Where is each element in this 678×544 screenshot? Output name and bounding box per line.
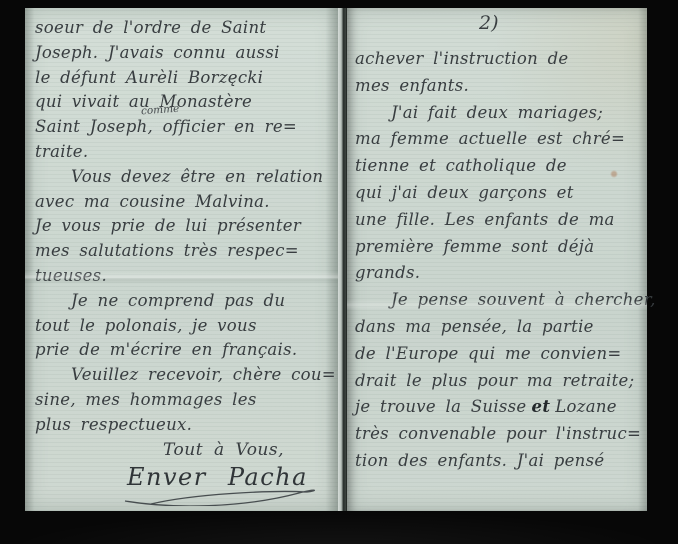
handwriting-line: dans ma pensée, la partie — [355, 314, 646, 341]
handwriting-line: grands. — [355, 260, 646, 287]
right-page-text: achever l'instruction de mes enfants. J'… — [355, 46, 646, 475]
handwriting-line: plus respectueux. — [35, 413, 335, 438]
handwriting-line: le défunt Aurèli Borzęcki — [35, 66, 335, 91]
handwriting-line: Je pense souvent à chercher, — [355, 287, 646, 314]
page-fold — [338, 8, 347, 511]
handwriting-line: tout le polonais, je vous — [35, 314, 335, 339]
handwriting-line: achever l'instruction de — [355, 46, 646, 73]
handwriting-line: drait le plus pour ma retraite; — [355, 368, 646, 395]
closing-line: Tout à Vous, — [163, 438, 335, 463]
left-page-text: soeur de l'ordre de Saint Joseph. J'avai… — [35, 16, 335, 506]
handwriting-line: J'ai fait deux mariages; — [355, 100, 646, 127]
letter-scan: comme soeur de l'ordre de Saint Joseph. … — [25, 8, 647, 511]
handwriting-line: qui j'ai deux garçons et — [355, 180, 646, 207]
handwriting-line: une fille. Les enfants de ma — [355, 207, 646, 234]
handwriting-line: Veuillez recevoir, chère cou= — [35, 363, 335, 388]
handwriting-line: ma femme actuelle est chré= — [355, 126, 646, 153]
handwriting-line: tion des enfants. J'ai pensé — [355, 448, 646, 475]
handwriting-line: première femme sont déjà — [355, 234, 646, 261]
handwriting-line: très convenable pour l'instruc= — [355, 421, 646, 448]
signature: Enver Pacha — [127, 463, 335, 492]
handwriting-line: Joseph. J'avais connu aussi — [35, 41, 335, 66]
scan-backdrop: { "colors": { "backdrop": "#070707", "pa… — [0, 0, 678, 544]
handwriting-line: tueuses. — [35, 264, 335, 289]
overwritten-word: et — [532, 397, 551, 416]
letter-page-left: comme soeur de l'ordre de Saint Joseph. … — [25, 8, 338, 511]
line-fragment: je trouve la Suisse — [355, 397, 527, 416]
handwriting-line: de l'Europe qui me convien= — [355, 341, 646, 368]
handwriting-line: Vous devez être en relation — [35, 165, 335, 190]
handwriting-line: Saint Joseph, officier en re= — [35, 115, 335, 140]
handwriting-line: soeur de l'ordre de Saint — [35, 16, 335, 41]
handwriting-line: qui vivait au Monastère — [35, 90, 335, 115]
handwriting-line: prie de m'écrire en français. — [35, 338, 335, 363]
handwriting-line: traite. — [35, 140, 335, 165]
letter-page-right: 2) achever l'instruction de mes enfants.… — [347, 8, 647, 511]
handwriting-line: avec ma cousine Malvina. — [35, 190, 335, 215]
handwriting-line: mes salutations très respec= — [35, 239, 335, 264]
handwriting-line: Je vous prie de lui présenter — [35, 214, 335, 239]
handwriting-line: je trouve la SuisseetLozane — [355, 394, 646, 421]
handwriting-line: sine, mes hommages les — [35, 388, 335, 413]
page-number: 2) — [479, 12, 499, 34]
handwriting-line: tienne et catholique de — [355, 153, 646, 180]
handwriting-line: Je ne comprend pas du — [35, 289, 335, 314]
handwriting-line: mes enfants. — [355, 73, 646, 100]
line-fragment: Lozane — [555, 397, 617, 416]
